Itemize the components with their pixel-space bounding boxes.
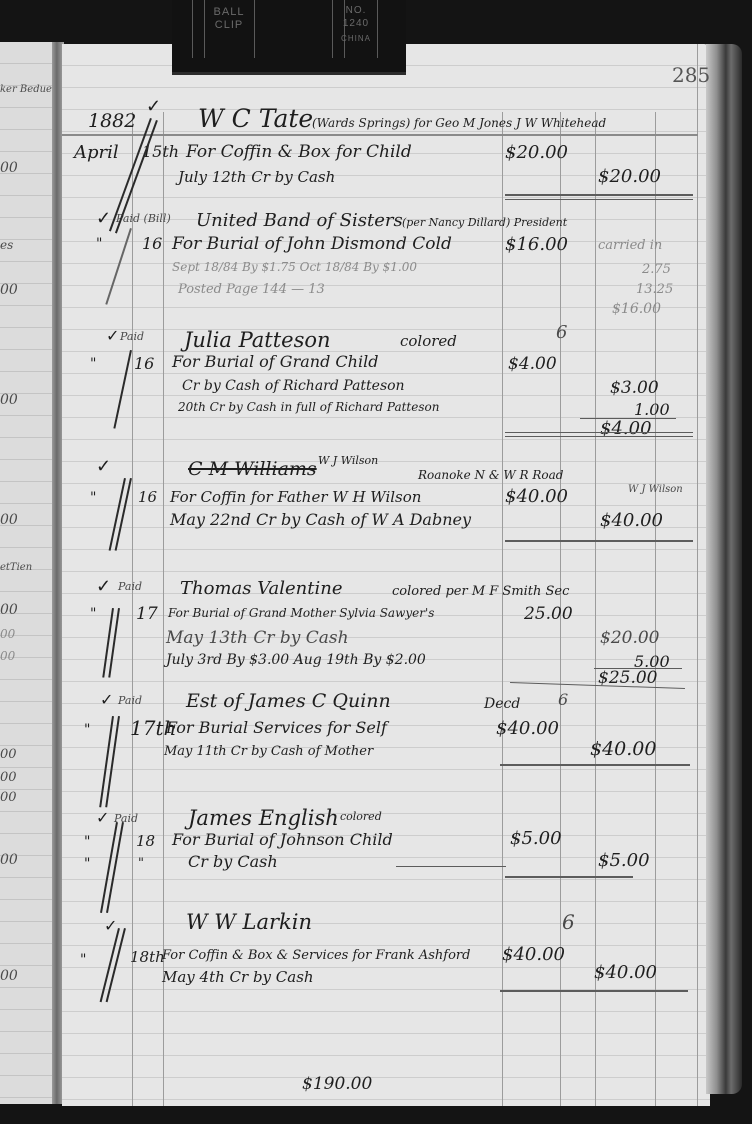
clip-label-left: BALL CLIP (206, 6, 252, 32)
entry-day: 16 (142, 234, 162, 253)
side-note: W J Wilson (628, 484, 683, 495)
margin-mark: 6 (556, 322, 567, 343)
credit-amount: 2.75 (642, 262, 671, 277)
double-rule (505, 540, 693, 542)
debit-amount: $5.00 (510, 828, 562, 849)
entry-month: " (90, 606, 96, 622)
debit-amount: 25.00 (524, 604, 573, 624)
credit-amount: $3.00 (610, 378, 659, 398)
entry-month: April (74, 142, 119, 163)
entry-month: " (80, 952, 86, 968)
left-fragment-text: 00 (0, 282, 18, 298)
credit-amount: $20.00 (600, 628, 659, 648)
check-mark-icon: ✓ (96, 808, 109, 827)
entry-day: 18 (136, 832, 155, 850)
header-rule (62, 134, 698, 136)
debit-amount: $16.00 (505, 234, 568, 255)
left-fragment-text: 00 (0, 627, 15, 641)
credit-description: July 3rd By $3.00 Aug 19th By $2.00 (166, 652, 426, 668)
left-page-fragment: ker Bedue 00 es 00 00 00 etTien 00 00 00… (0, 42, 54, 1104)
entry-description: For Coffin & Box & Services for Frank As… (162, 948, 470, 963)
credit-description: Cr by Cash (188, 852, 278, 871)
clip-label-sub: CHINA (336, 32, 376, 45)
account-note: Roanoke N & W R Road (418, 468, 563, 482)
double-rule (505, 876, 633, 878)
entry-month: " (96, 236, 102, 252)
account-name: W C Tate (198, 104, 313, 133)
credit-description: Sept 18/84 By $1.75 Oct 18/84 By $1.00 (172, 260, 417, 274)
column-rule-margin (697, 44, 698, 1106)
credit-amount: 13.25 (636, 282, 673, 297)
check-mark-icon: ✓ (96, 208, 111, 229)
debit-amount: $40.00 (505, 486, 568, 507)
entry-total: $16.00 (612, 301, 661, 317)
entry-description: For Burial of Johnson Child (172, 830, 393, 849)
left-fragment-text: es (0, 238, 13, 252)
check-mark-icon: ✓ (104, 916, 117, 935)
column-rule-credit (595, 112, 596, 1106)
left-fragment-text: 00 (0, 602, 18, 618)
credit-amount: $5.00 (598, 850, 650, 871)
ledger-page (62, 44, 710, 1106)
entry-description: For Coffin for Father W H Wilson (170, 488, 421, 506)
left-fragment-text: 00 (0, 747, 17, 762)
entry-description: For Burial of John Dismond Cold (172, 234, 452, 254)
account-note: colored per M F Smith Sec (392, 584, 569, 599)
entry-month: " (84, 722, 90, 738)
carried-note: carried in (598, 238, 662, 253)
account-name: Julia Patteson (184, 328, 331, 352)
double-rule (505, 194, 693, 196)
left-fragment-text: 00 (0, 512, 18, 528)
paid-mark: Paid (Bill) (116, 212, 171, 225)
account-name: United Band of Sisters (196, 210, 403, 231)
entry-month: " (90, 490, 96, 506)
account-note: Decd (484, 696, 520, 712)
page-total: $190.00 (302, 1074, 372, 1094)
left-fragment-text: ker Bedue (0, 84, 52, 95)
left-fragment-text: 00 (0, 160, 18, 176)
left-fragment-text: 00 (0, 392, 18, 408)
check-mark-icon: ✓ (96, 576, 111, 597)
year: 1882 (88, 110, 136, 132)
credit-amount: $20.00 (598, 166, 661, 187)
account-name: W W Larkin (186, 910, 312, 934)
left-fragment-text: 00 (0, 852, 18, 868)
account-note: colored (340, 810, 382, 823)
account-note: colored (400, 332, 457, 350)
left-fragment-text: 00 (0, 649, 15, 663)
check-mark-icon: ✓ (106, 326, 119, 345)
credit-amount: 1.00 (634, 400, 670, 419)
paid-mark: Paid (118, 580, 142, 593)
entry-day: 16 (138, 488, 157, 506)
entry-day: " (138, 856, 144, 871)
credit-description: Posted Page 144 — 13 (178, 282, 325, 297)
credit-amount: $40.00 (594, 962, 657, 983)
account-note: (Wards Springs) for Geo M Jones J W Whit… (312, 116, 606, 130)
debit-amount: $4.00 (508, 354, 557, 374)
entry-month: " (84, 834, 90, 850)
account-name: Est of James C Quinn (186, 690, 391, 712)
credit-description: July 12th Cr by Cash (178, 168, 335, 186)
double-rule (505, 432, 693, 433)
left-fragment-text: 00 (0, 790, 17, 805)
entry-month: " (84, 856, 90, 872)
entry-description: For Burial Services for Self (166, 718, 387, 737)
page-number: 285 (672, 63, 710, 87)
credit-description: 20th Cr by Cash in full of Richard Patte… (178, 400, 439, 414)
credit-description: May 4th Cr by Cash (162, 968, 314, 986)
entry-description: For Coffin & Box for Child (186, 142, 412, 162)
double-rule (500, 990, 688, 992)
left-fragment-text: etTien (0, 562, 32, 573)
entry-day: 16 (134, 354, 154, 373)
margin-mark: 6 (562, 910, 575, 934)
account-note: (per Nancy Dillard) President (402, 216, 567, 229)
entry-description: For Burial of Grand Child (172, 352, 378, 371)
credit-amount: $40.00 (600, 510, 663, 531)
account-name: Thomas Valentine (180, 578, 343, 599)
struck-account-name: C M Williams (188, 458, 317, 480)
paid-mark: Paid (120, 330, 144, 343)
account-name: W J Wilson (318, 454, 378, 467)
double-rule (500, 764, 690, 766)
debit-amount: $40.00 (502, 944, 565, 965)
check-mark-icon: ✓ (100, 690, 113, 709)
left-fragment-text: 00 (0, 968, 18, 984)
margin-mark: 6 (558, 690, 568, 709)
credit-description: Cr by Cash of Richard Patteson (182, 378, 405, 394)
check-mark-icon: ✓ (96, 456, 111, 477)
credit-description: May 13th Cr by Cash (166, 628, 349, 648)
credit-description: May 11th Cr by Cash of Mother (164, 744, 373, 759)
check-mark-icon: ✓ (146, 96, 161, 117)
left-fragment-text: 00 (0, 770, 17, 785)
entry-day: 18th (130, 948, 165, 966)
entry-day: 17 (136, 604, 158, 624)
debit-amount: $40.00 (496, 718, 559, 739)
paid-mark: Paid (118, 694, 142, 707)
credit-amount: $40.00 (590, 738, 656, 760)
clip-label-right: NO. 1240 (336, 4, 376, 30)
account-name: James English (188, 806, 339, 830)
entry-description: For Burial of Grand Mother Sylvia Sawyer… (168, 606, 434, 620)
binder-clip: BALL CLIP NO. 1240 CHINA (172, 0, 406, 75)
debit-amount: $20.00 (505, 142, 568, 163)
credit-description: May 22nd Cr by Cash of W A Dabney (170, 510, 471, 529)
page-stack-edge (706, 44, 742, 1094)
entry-month: " (90, 356, 96, 372)
